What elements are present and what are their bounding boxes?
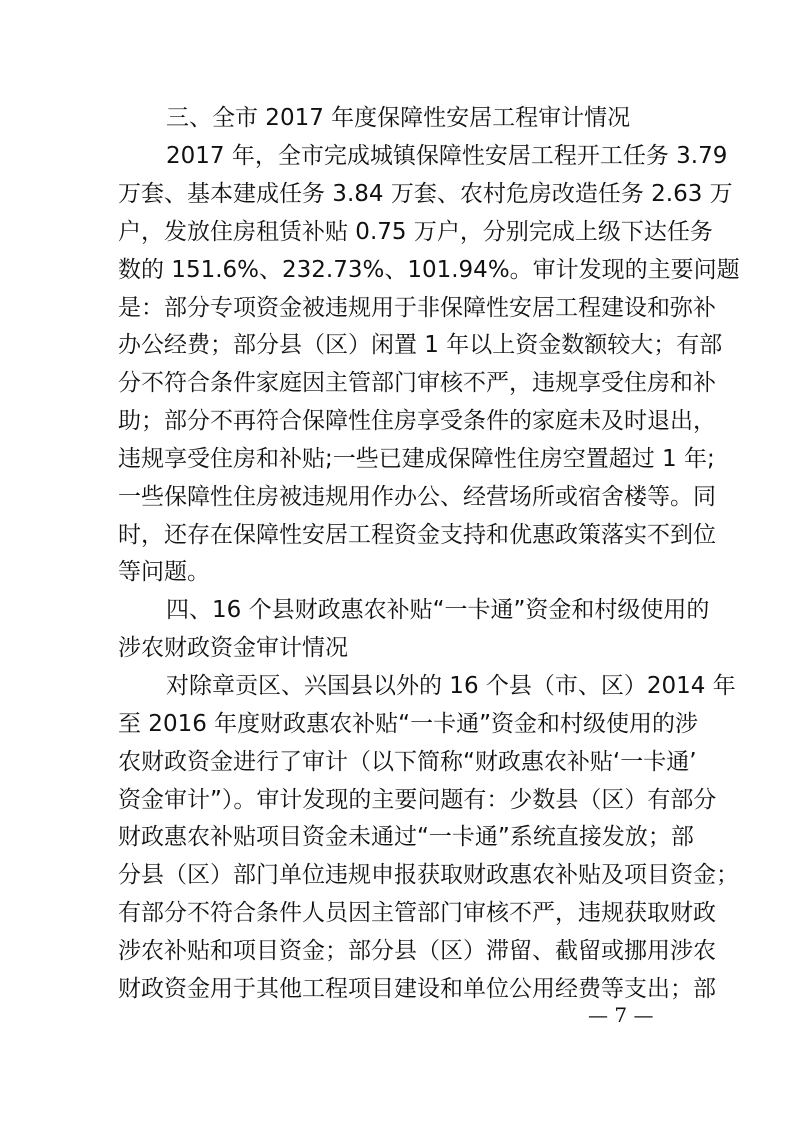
document-page: 三、全市 2017 年度保障性安居工程审计情况 2017 年，全市完成城镇保障性… — [0, 0, 800, 1132]
paragraph-line: 财政惠农补贴项目资金未通过“一卡通”系统直接发放；部 — [118, 819, 684, 855]
paragraph-line: 数的 151.6%、232.73%、101.94%。审计发现的主要问题 — [118, 252, 684, 288]
paragraph-line: 是：部分专项资金被违规用于非保障性安居工程建设和弥补 — [118, 290, 684, 326]
section-heading-3: 三、全市 2017 年度保障性安居工程审计情况 — [166, 100, 684, 136]
paragraph-line: 分不符合条件家庭因主管部门审核不严，违规享受住房和补 — [118, 365, 684, 401]
paragraph-line: 至 2016 年度财政惠农补贴“一卡通”资金和村级使用的涉 — [118, 706, 684, 742]
paragraph-line: 2017 年，全市完成城镇保障性安居工程开工任务 3.79 — [166, 138, 684, 174]
paragraph-line: 涉农补贴和项目资金；部分县（区）滞留、截留或挪用涉农 — [118, 933, 684, 969]
paragraph-line: 对除章贡区、兴国县以外的 16 个县（市、区）2014 年 — [166, 668, 684, 704]
page-number: — 7 — — [588, 1001, 653, 1029]
paragraph-line: 农财政资金进行了审计（以下简称“财政惠农补贴‘一卡通’ — [118, 744, 684, 780]
paragraph-line: 等问题。 — [118, 554, 684, 590]
section-heading-4: 四、16 个县财政惠农补贴“一卡通”资金和村级使用的 — [166, 592, 684, 628]
paragraph-line: 一些保障性住房被违规用作办公、经营场所或宿舍楼等。同 — [118, 479, 684, 515]
paragraph-line: 办公经费；部分县（区）闲置 1 年以上资金数额较大；有部 — [118, 327, 684, 363]
paragraph-line: 资金审计”）。审计发现的主要问题有：少数县（区）有部分 — [118, 782, 684, 818]
section-heading-4-cont: 涉农财政资金审计情况 — [118, 630, 684, 666]
paragraph-line: 有部分不符合条件人员因主管部门审核不严，违规获取财政 — [118, 895, 684, 931]
paragraph-line: 分县（区）部门单位违规申报获取财政惠农补贴及项目资金； — [118, 857, 684, 893]
paragraph-line: 助；部分不再符合保障性住房享受条件的家庭未及时退出， — [118, 403, 684, 439]
paragraph-line: 万套、基本建成任务 3.84 万套、农村危房改造任务 2.63 万 — [118, 176, 684, 212]
paragraph-line: 时，还存在保障性安居工程资金支持和优惠政策落实不到位 — [118, 517, 684, 553]
paragraph-line: 户，发放住房租赁补贴 0.75 万户，分别完成上级下达任务 — [118, 214, 684, 250]
paragraph-line: 违规享受住房和补贴;一些已建成保障性住房空置超过 1 年; — [118, 441, 684, 477]
